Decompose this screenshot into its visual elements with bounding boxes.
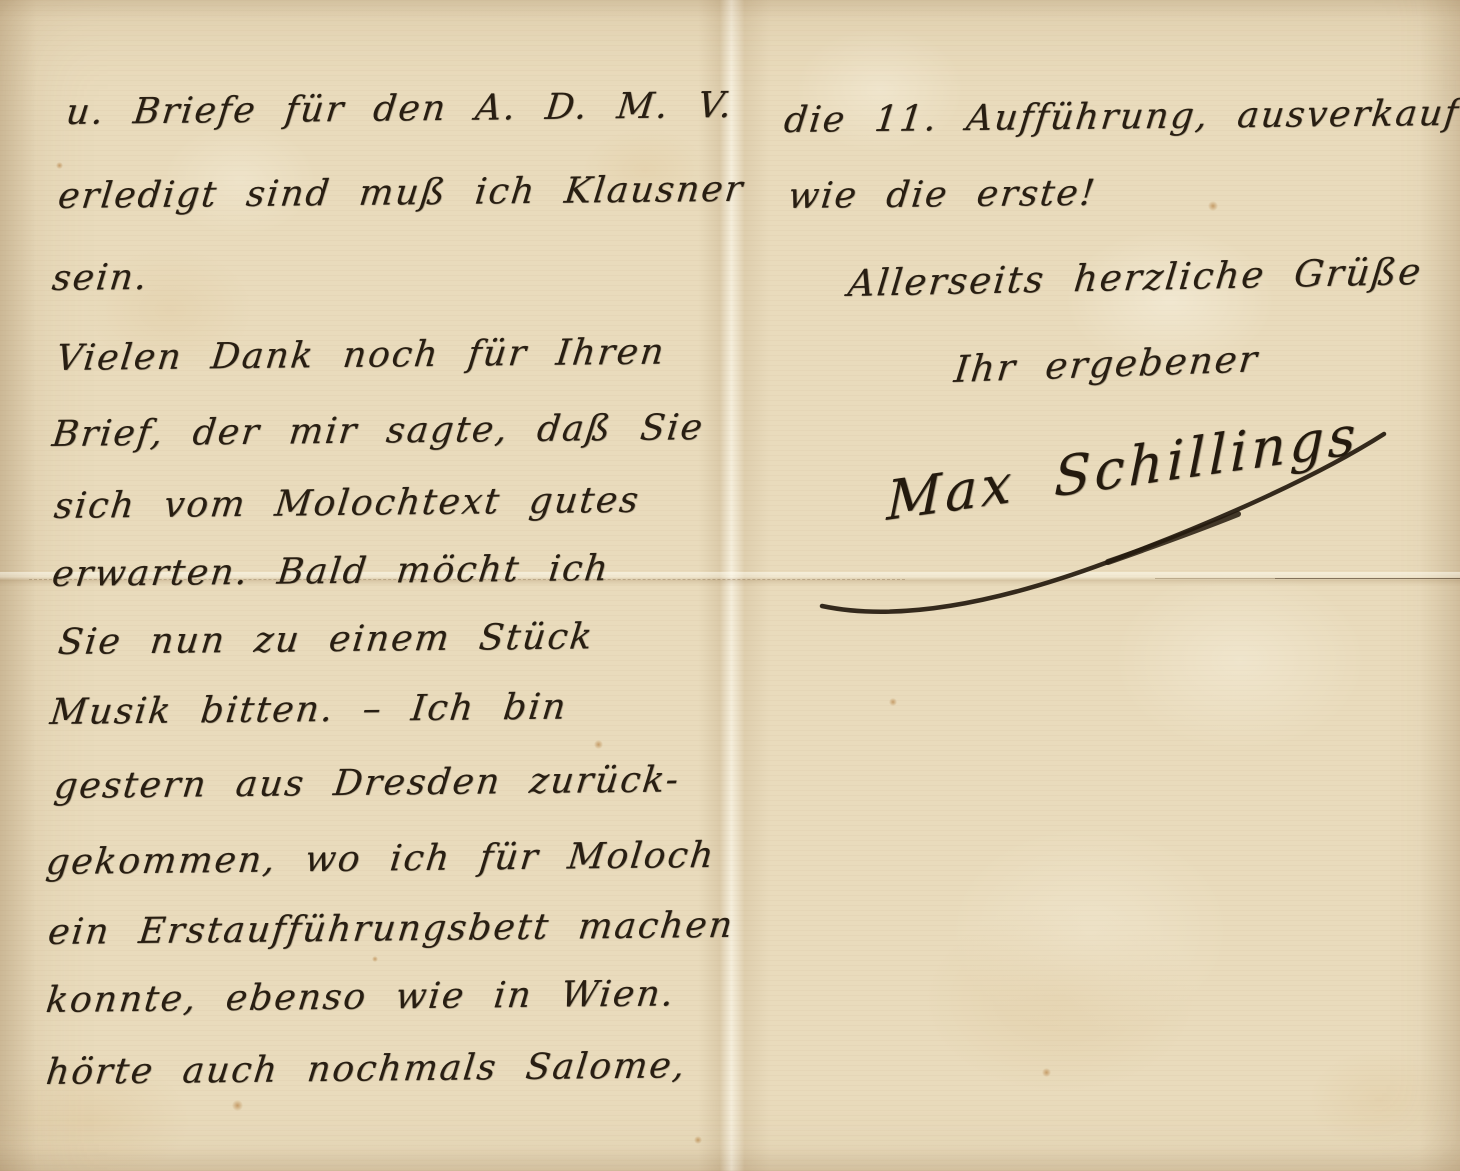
handwriting-line: Sie nun zu einem Stück	[56, 616, 596, 663]
foxing-spot	[594, 740, 603, 749]
handwriting-line: hörte auch nochmals Salome,	[44, 1045, 689, 1093]
handwriting-line: ein Erstaufführungsbett machen	[46, 905, 736, 953]
handwriting-line: Vielen Dank noch für Ihren	[54, 332, 668, 379]
handwriting-line: sein.	[50, 257, 151, 299]
letter-scan: u. Briefe für den A. D. M. V. erledigt s…	[0, 0, 1460, 1171]
handwriting-line: erledigt sind muß ich Klausner	[56, 169, 746, 217]
handwriting-line: gekommen, wo ich für Moloch	[44, 835, 717, 883]
handwriting-line: Brief, der mir sagte, daß Sie	[50, 407, 706, 455]
handwriting-line: u. Briefe für den A. D. M. V.	[64, 85, 735, 133]
foxing-spot	[232, 1100, 243, 1111]
handwriting-line: erwarten. Bald möcht ich	[50, 548, 612, 595]
foxing-spot	[1208, 201, 1218, 211]
handwriting-line: gestern aus Dresden zurück-	[52, 759, 682, 807]
foxing-spot	[694, 1136, 702, 1144]
handwriting-line: Musik bitten. – Ich bin	[48, 687, 570, 733]
closing-line: Allerseits herzliche Grüße	[846, 250, 1425, 305]
foxing-spot	[1042, 1068, 1051, 1077]
foxing-spot	[889, 698, 897, 706]
handwriting-line: sich vom Molochtext gutes	[52, 480, 642, 527]
foxing-spot	[372, 956, 378, 962]
handwriting-line: die 11. Aufführung, ausverkauft	[782, 93, 1460, 141]
signature-block: Max Schillings	[808, 398, 1428, 628]
valediction-line: Ihr ergebener	[952, 337, 1261, 391]
foxing-spot	[56, 162, 63, 169]
handwriting-line: wie die erste!	[786, 173, 1099, 217]
handwriting-line: konnte, ebenso wie in Wien.	[44, 973, 677, 1021]
